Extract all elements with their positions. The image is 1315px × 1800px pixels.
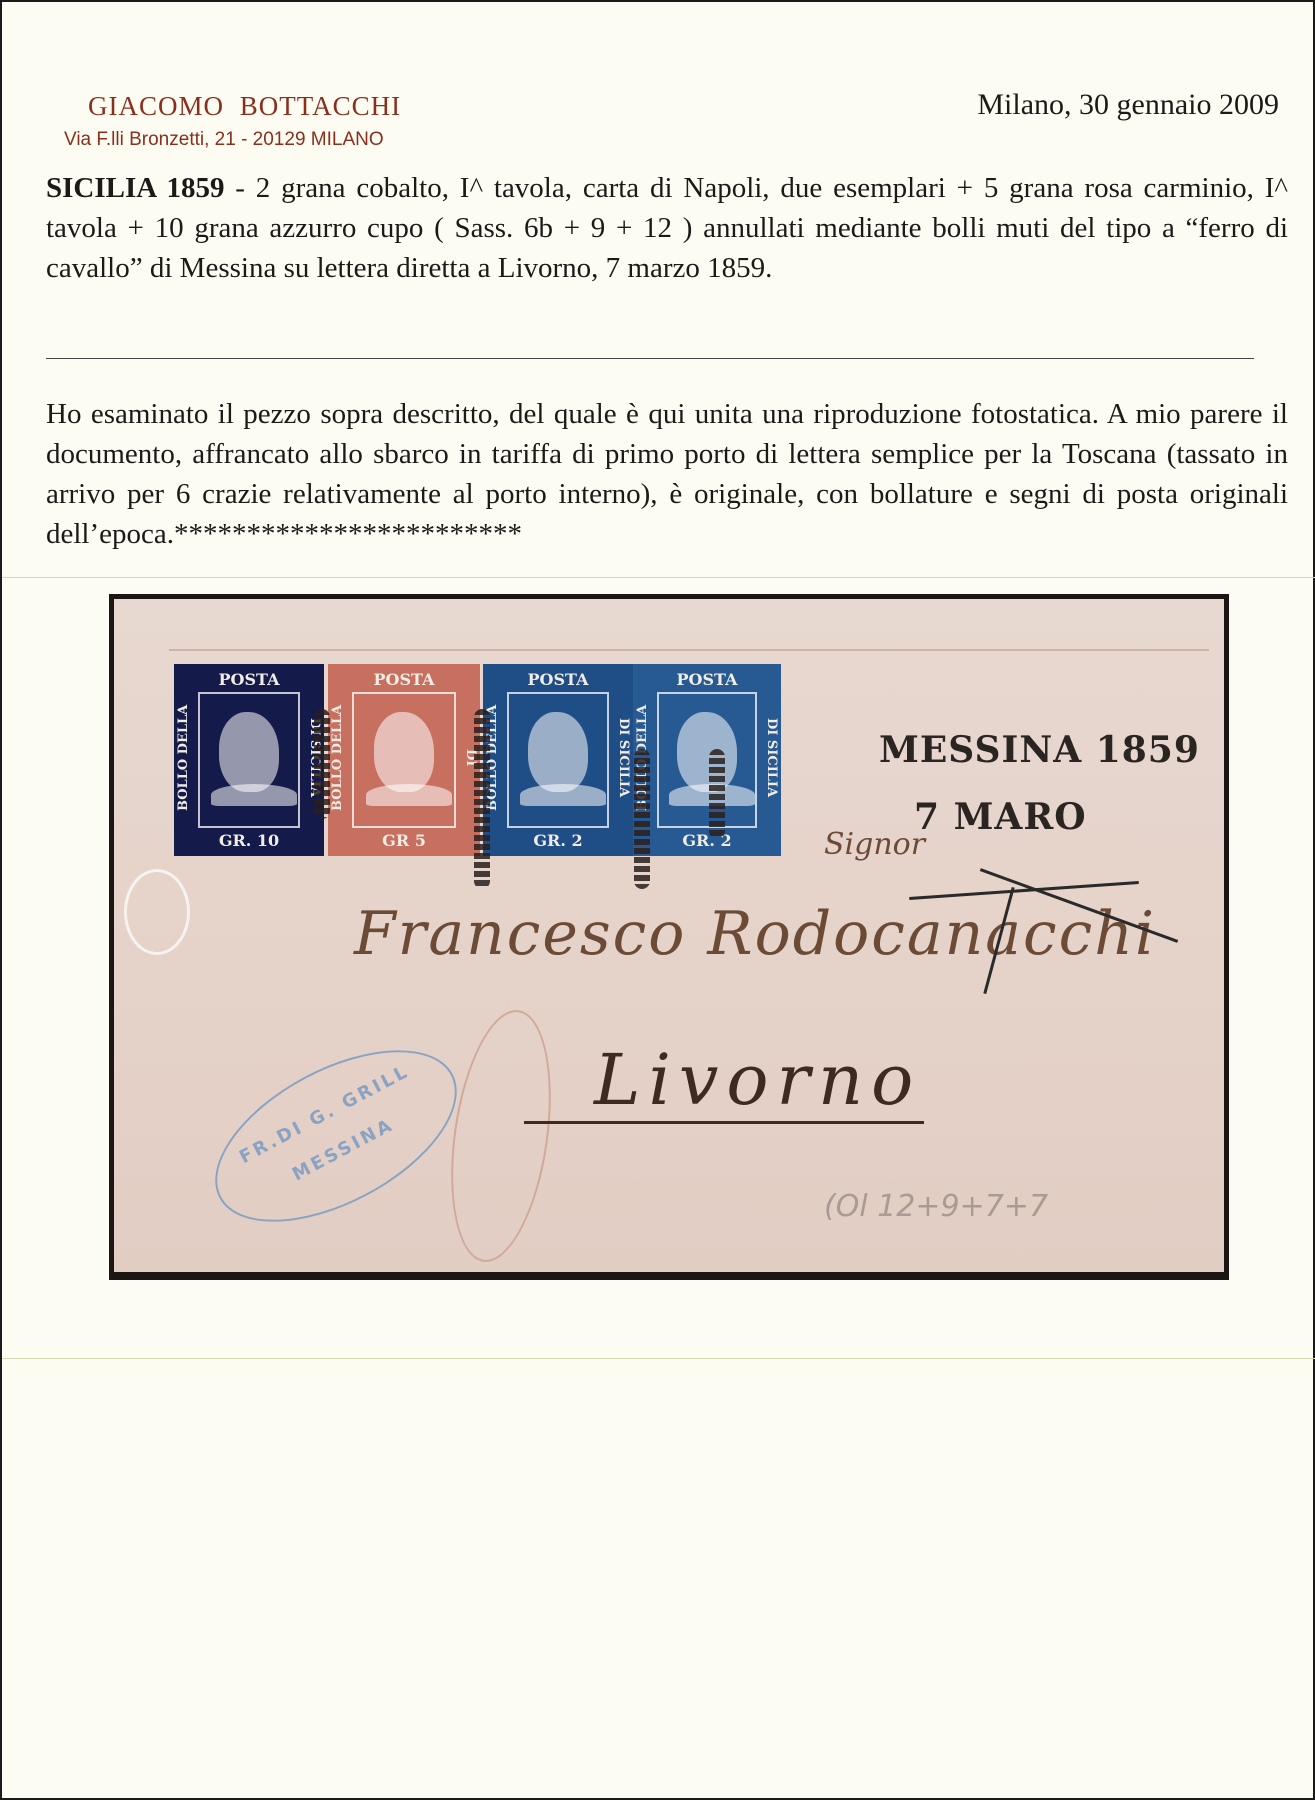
stamp-value: GR 5 (328, 831, 480, 850)
expert-name: GIACOMO BOTTACCHI (88, 91, 401, 122)
pencil-note: (Ol 12+9+7+7 (824, 1189, 1048, 1224)
letter-flap-edge (169, 639, 1209, 651)
fold-line-top (2, 577, 1315, 578)
king-portrait-icon (374, 712, 434, 792)
sender-oval-stamp: FR.DI G. GRILL MESSINA (188, 1015, 484, 1257)
postmark-day-month: 7 MARO (914, 796, 1087, 838)
salutation: Signor (824, 827, 925, 862)
stamp-left-text: BOLLO DELLA (330, 688, 350, 828)
embossed-emblem-icon (124, 869, 190, 955)
certificate-date: Milano, 30 gennaio 2009 (977, 88, 1279, 122)
stamp-top-text: POSTA (483, 670, 633, 689)
destination-underline (524, 1121, 924, 1124)
stamp-top-text: POSTA (328, 670, 480, 689)
stamp-5-grana: POSTA BOLLO DELLA DI GR 5 (328, 664, 480, 856)
attestation-text: Ho esaminato il pezzo sopra descritto, d… (46, 394, 1288, 554)
stamp-right-text: DI SICILIA (759, 688, 779, 828)
horseshoe-cancel-icon (474, 709, 490, 889)
expert-address: Via F.lli Bronzetti, 21 - 20129 MILANO (64, 129, 384, 151)
stamp-10-grana: POSTA BOLLO DELLA DI SICILIA GR. 10 (174, 664, 324, 856)
king-portrait-icon (528, 712, 588, 792)
letter-photo: POSTA BOLLO DELLA DI SICILIA GR. 10 POST… (109, 594, 1229, 1280)
stamp-2-grana-right: POSTA BOLLO DELLA DI SICILIA GR. 2 (633, 664, 781, 856)
description-text: - 2 grana cobalto, I^ tavola, carta di N… (46, 172, 1288, 284)
stamp-2-grana-left: POSTA BOLLO DELLA DI SICILIA GR. 2 (483, 664, 633, 856)
stamp-value: GR. 10 (174, 831, 324, 850)
addressee-name: Francesco Rodocanacchi (354, 899, 1156, 969)
king-portrait-icon (677, 712, 737, 792)
horseshoe-cancel-icon (709, 749, 725, 839)
destination-city: Livorno (594, 1039, 921, 1121)
horseshoe-cancel-icon (314, 709, 330, 819)
stamp-value: GR. 2 (633, 831, 781, 850)
item-description: SICILIA 1859 - 2 grana cobalto, I^ tavol… (46, 168, 1288, 288)
stamp-value: GR. 2 (483, 831, 633, 850)
stamp-top-text: POSTA (633, 670, 781, 689)
certificate-page: GIACOMO BOTTACCHI Via F.lli Bronzetti, 2… (0, 0, 1315, 1800)
description-lead: SICILIA 1859 (46, 172, 224, 204)
fold-line-bottom (2, 1358, 1315, 1359)
tax-mark-6 (437, 1004, 565, 1269)
stamp-right-text: DI SICILIA (611, 688, 631, 828)
horseshoe-cancel-icon (634, 749, 650, 889)
attestation-stars: ************************ (174, 518, 522, 550)
postmark-city-year: MESSINA 1859 (879, 729, 1200, 771)
king-portrait-icon (219, 712, 279, 792)
stamp-top-text: POSTA (174, 670, 324, 689)
divider-rule (46, 358, 1254, 359)
stamp-left-text: BOLLO DELLA (176, 688, 196, 828)
